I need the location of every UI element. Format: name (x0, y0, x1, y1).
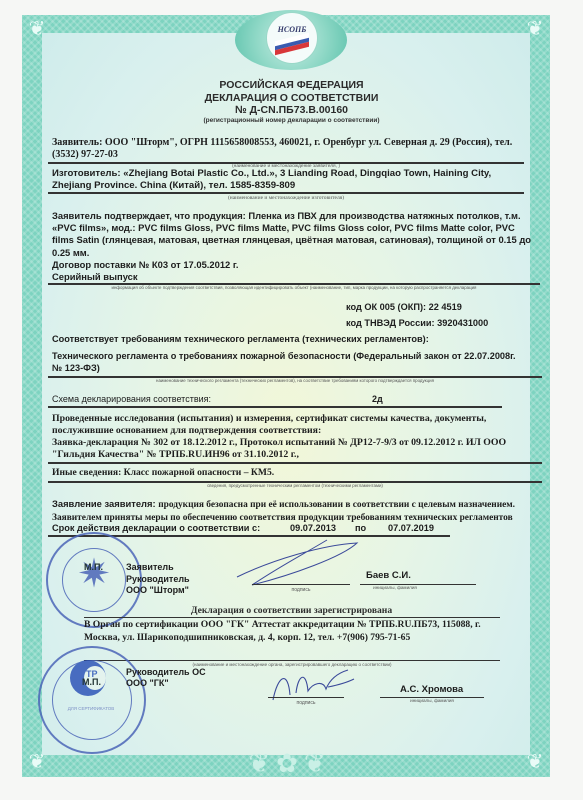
body-stamp-label: М.П. (82, 676, 101, 688)
divider (48, 406, 502, 408)
other-caption: сведения, предусмотренные техническим ре… (48, 483, 542, 488)
body-head-name: А.С. Хромова (400, 684, 463, 696)
basis-documents: Заявка-декларация № 302 от 18.12.2012 г.… (52, 437, 532, 461)
applicant-stamp-label: М.П. (84, 561, 103, 573)
divider (48, 462, 542, 464)
applicant-statement: Заявление заявителя: продукция безопасна… (52, 498, 536, 524)
compass-star-icon: ✷ (72, 552, 116, 596)
scheme-label: Схема декларирования соответствия: (52, 393, 211, 405)
signature-caption: подпись (268, 700, 344, 706)
signature-line (252, 584, 350, 585)
regulation-caption: наименование технического регламента (те… (48, 378, 542, 383)
divider (48, 192, 524, 194)
basis-heading: Проведенные исследования (испытания) и и… (52, 413, 532, 437)
applicant-signature (232, 535, 362, 595)
country-title: РОССИЙСКАЯ ФЕДЕРАЦИЯ (0, 79, 583, 91)
regulation-text: Технического регламента о требованиях по… (52, 350, 522, 375)
valid-to-label: по (355, 522, 366, 534)
supply-contract: Договор поставки № К03 от 17.05.2012 г. (52, 259, 238, 271)
signature-line (268, 697, 344, 698)
divider (84, 660, 500, 661)
signature-caption: подпись (252, 587, 350, 593)
applicant-role: Заявитель Руководитель ООО "Шторм" (126, 562, 190, 597)
regulation-heading: Соответствует требованиям технического р… (52, 333, 429, 345)
product-caption: информация об объекте подтверждения соот… (48, 285, 540, 290)
tnved-code: код ТНВЭД России: 3920431000 (346, 317, 488, 329)
role-line: ООО "ГК" (126, 678, 206, 689)
okp-code: код ОК 005 (ОКП): 22 4519 (346, 301, 462, 313)
bottom-ornament-icon: ❦✿❦ (205, 748, 375, 778)
valid-to: 07.07.2019 (388, 522, 434, 534)
role-line: Заявитель (126, 562, 190, 574)
divider (84, 617, 500, 618)
body-role: Руководитель ОС ООО "ГК" (126, 667, 206, 689)
release-type: Серийный выпуск (52, 271, 138, 283)
registration-heading: Декларация о соответствии зарегистрирова… (0, 605, 583, 616)
declaration-number: № Д-CN.ПБ73.В.00160 (0, 104, 583, 116)
statement-label: Заявление заявителя: (52, 498, 156, 509)
body-signature (268, 665, 358, 705)
russian-flag-icon (275, 33, 309, 55)
role-line: Руководитель (126, 574, 190, 586)
document-title: ДЕКЛАРАЦИЯ О СООТВЕТСТВИИ (0, 92, 583, 104)
role-line: ООО "Шторм" (126, 585, 190, 597)
applicant-text: Заявитель: ООО "Шторм", ОГРН 11156580085… (52, 137, 522, 162)
product-description: Заявитель подтверждает, что продукция: П… (52, 210, 536, 259)
manufacturer-caption: (наименование и местонахождение изготови… (48, 195, 524, 201)
scheme-value: 2д (372, 393, 383, 405)
manufacturer-text: Изготовитель: «Zhejiang Botai Plastic Co… (52, 168, 532, 193)
registration-body: В Орган по сертификации ООО "ГК" Аттеста… (84, 619, 484, 644)
stamp-subtext: ДЛЯ СЕРТИФИКАТОВ (58, 706, 124, 711)
name-caption: инициалы, фамилия (360, 585, 430, 590)
nsopb-logo: НСОПБ (235, 10, 347, 70)
name-caption: инициалы, фамилия (380, 698, 484, 703)
applicant-name: Баев С.И. (366, 570, 411, 582)
declaration-number-caption: (регистрационный номер декларации о соот… (0, 117, 583, 124)
logo-text: НСОПБ (267, 25, 317, 34)
certification-body-stamp: ТР ДЛЯ СЕРТИФИКАТОВ (38, 646, 146, 754)
other-info: Иные сведения: Класс пожарной опасности … (52, 467, 274, 479)
role-line: Руководитель ОС (126, 667, 206, 678)
valid-from: 09.07.2013 (290, 522, 336, 534)
